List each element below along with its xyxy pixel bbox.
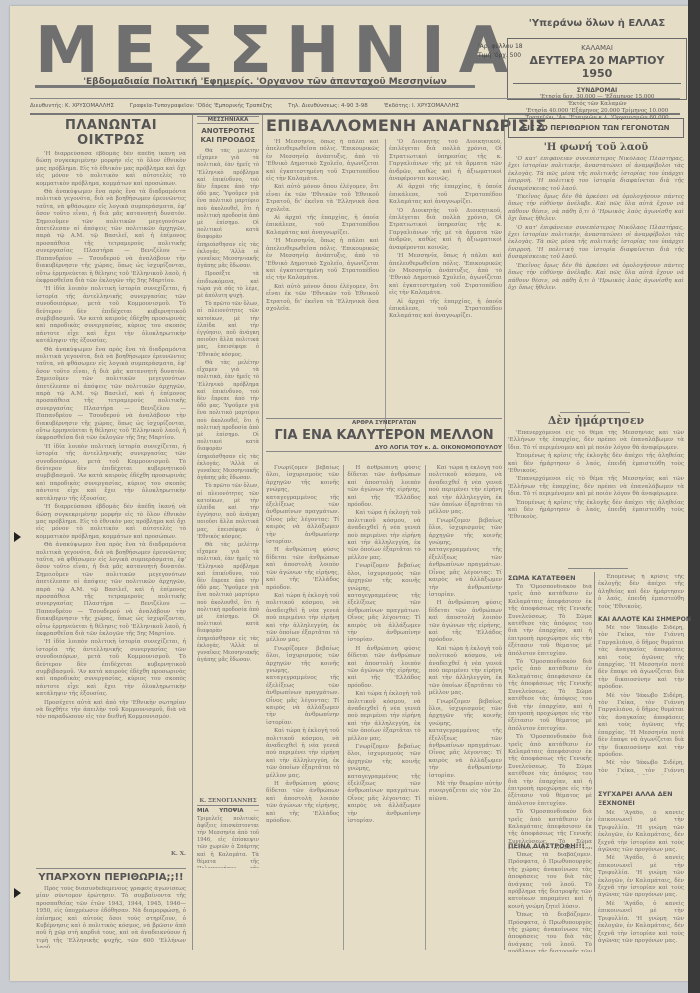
paragraph: Αἱ ἀρχαὶ τῆς ἐπαρχίας, ἡ ὁποία ἐπικάλεσε… xyxy=(266,215,379,237)
paragraph: Θὰ ἀνακύψωμεν ἕνα πρὸς ἕνα τὰ διαδραμόντ… xyxy=(36,189,186,285)
phone: Τηλ. Διευθύνσεως: 4-90 3-98 xyxy=(288,103,368,109)
article-kalytero: ΑΡΘΡΑ ΣΥΝΕΡΓΑΤΩΝ ΓΙΑ ΕΝΑ ΚΑΛΥΤΕΡΟΝ ΜΕΛΛΟ… xyxy=(266,420,502,452)
column-rule xyxy=(262,115,263,585)
paragraph: Μὲ τὸν 'Ιάκωβο Σιδέρη, τὸν Γκίκα, τὸν Γι… xyxy=(598,693,684,760)
paragraph: 'Η διαρρεύσασα έβδομάς δὲν ἀπέδη ἱκανή ν… xyxy=(36,151,186,188)
director: Διευθυντής: Κ. ΧΡΥΣΟΜΑΛΛΗΣ xyxy=(30,103,114,109)
signature: Κ. ΞΕΝΟΓΙΑΝΝΗΣ xyxy=(197,798,259,806)
paragraph: 'Εκεῖνος ὅμως δὲν θὰ ἀρκέσει νὰ ὁμολογήσ… xyxy=(508,194,684,224)
article-perithorio: ΕΙΣ ΤΟ ΠΕΡΙΘΩΡΙΟΝ ΤΩΝ ΓΕΓΟΝΟΤΩΝ 'Η φωνή … xyxy=(508,118,684,366)
paragraph: 'Ο Διοικητὴς τοῦ Διοικητικοῦ, ἐπιλέγεται… xyxy=(389,208,502,252)
office-address: Γραφεῖα-Τυπογραφεῖον: 'Οδός 'Εμπορικής Τ… xyxy=(130,103,273,109)
paragraph: Καὶ τώρα ἡ ἐκλογὴ τοῦ πολιτικοῦ κόσμου, … xyxy=(429,465,502,517)
newspaper-subtitle: 'Εβδομαδιαία Πολιτική 'Εφημερίς. 'Οργανο… xyxy=(55,77,475,87)
headline: ΣΥΓΧΑΡΕΙ ΑΛΛΑ ΔΕΝ ΞΕΧΝΟΝΕΙ xyxy=(598,790,684,808)
paragraph: Γνωρίζομεν βεβαίως ὅλοι, ἰσχυρισμοὺς τῶν… xyxy=(347,563,420,644)
article-body: Ὅπως τὰ διαβάζομεν. Πρόσφατα, ὁ Πρωθυπου… xyxy=(508,852,592,952)
paragraph: 'Επανερχόμενοι εἰς τὸ θέμα τῆς Μεσσηνίας… xyxy=(508,476,684,498)
article-body: Θὰ τὰς μελέτην εἴχαμεν γιὰ τὰ πολιτικὰ, … xyxy=(197,148,259,798)
paragraph: Καὶ τώρα ἡ ἐκλογὴ τοῦ πολιτικοῦ κόσμου, … xyxy=(266,593,339,645)
paragraph: Ὅπως τὰ διαβάζομεν. Πρόσφατα, ὁ Πρωθυπου… xyxy=(508,912,592,952)
paragraph: Θὰ τὰς μελέτην εἴχαμεν γιὰ τὰ πολιτικὰ, … xyxy=(197,148,259,270)
article-yparxoun: ΥΠΑΡΧΟΥΝ ΠΕΡΙΘΩΡΙΑ;;!! Πρὸς τοὺς διασυνδ… xyxy=(36,872,186,948)
paragraph: Αἱ ἀρχαὶ τῆς ἐπαρχίας, ἡ ὁποία ἐπικάλεσε… xyxy=(389,184,502,206)
paragraph: 'Ο Διοικητὴς τοῦ Διοικητικοῦ, ἐπιλέγεται… xyxy=(389,139,502,183)
paragraph: Γνωρίζομεν βεβαίως ὅλοι, ἰσχυρισμοὺς τῶν… xyxy=(429,518,502,599)
paragraph: Καὶ αὐτὸ μόνον ὅπου ἐλέγομεν, ὅτι εἶναι … xyxy=(266,184,379,214)
paragraph: Ἐπομένως ἡ κρίσις τῆς ἐκλογῆς δὲν ἀπέχει… xyxy=(508,453,684,475)
paragraph: Ἐπομένως ἡ κρίσις τῆς ἐκλογῆς δὲν ἀπέχει… xyxy=(598,574,684,611)
paragraph: Μὲ 'Αγάδο, ὁ κανεὶς ἐπικοινωνεῖ μὲ τὴν Τ… xyxy=(598,901,684,945)
paragraph: Μὲ τὸν 'Ιάκωβο Σιδέρη, τὸν Γκίκα, τὸν Γι… xyxy=(598,625,684,692)
paragraph: 'Η ἰδία λοιπὸν πολιτικὴ ἱστορία συνεχίζε… xyxy=(36,444,186,503)
city: ΚΑΛΑΜΑΙ xyxy=(508,44,686,52)
article-body: Ἐπομένως ἡ κρίσις τῆς ἐκλογῆς δὲν ἀπέχει… xyxy=(598,574,684,614)
paragraph: Θὰ τὰς μελέτην εἴχαμεν γιὰ τὰ πολιτικὰ, … xyxy=(197,360,259,482)
column-rule xyxy=(192,115,193,950)
article-body: Τὸ 'Ομοσπονδιακὸν διὰ τρεῖς ἀπὸ κατάθεσι… xyxy=(508,584,592,849)
paragraph: Καὶ τώρα ἡ ἐκλογὴ τοῦ πολιτικοῦ κόσμου, … xyxy=(429,646,502,698)
article-soma: ΣΩΜΑ ΚΑΤΑΤΕΘΕΝ Τὸ 'Ομοσπονδιακὸν διὰ τρε… xyxy=(508,574,592,849)
paragraph: Τὸ 'Ομοσπονδιακὸν διὰ τρεῖς ἀπὸ κατάθεσι… xyxy=(508,584,592,658)
paragraph: 'Η ἰδία λοιπὸν πολιτικὴ ἱστορία συνεχίζε… xyxy=(36,286,186,345)
paragraph: Καὶ τώρα ἡ ἐκλογὴ τοῦ πολιτικοῦ κόσμου, … xyxy=(266,728,339,780)
scan-marker-icon xyxy=(14,532,21,542)
paragraph: Τὸ πρῶτο τῶν ὅλων, αἱ πλειονότητες τῶν κ… xyxy=(197,301,259,359)
paragraph: 'Ο κατ' ἐπιφάνειαν συνεπέστερος Νικόλαος… xyxy=(508,156,684,193)
subscriptions-heading: ΣΥΝΔΡΟΜΑΙ xyxy=(508,87,686,94)
scan-edge xyxy=(688,0,700,993)
headline: ΣΩΜΑ ΚΑΤΑΤΕΘΕΝ xyxy=(508,574,592,582)
date-box: ΚΑΛΑΜΑΙ ΔΕΥΤΕΡΑ 20 ΜΑΡΤΙΟΥ 1950 ΣΥΝΔΡΟΜΑ… xyxy=(507,38,687,100)
article-body: 'Ο κατ' ἐπιφάνειαν συνεπέστερος Νικόλαος… xyxy=(508,156,684,366)
headline: 'Η φωνή τοῦ λαοῦ xyxy=(508,142,684,153)
paragraph: 'Η ἰδία λοιπὸν πολιτικὴ ἱστορία συνεχίζε… xyxy=(36,639,186,698)
paragraph: 'Η Μεσσηνία, ὅπως ἡ πάλαι καὶ ἀπελευθερω… xyxy=(389,253,502,297)
headline: ΚΑΙ ΑΛΛΟΤΕ ΚΑΙ ΣΗΜΕΡΟΝ xyxy=(598,616,684,623)
paragraph: Ἐπομένως ἡ κρίσις τῆς ἐκλογῆς δὲν ἀπέχει… xyxy=(508,500,684,522)
paragraph: Τὸ 'Ομοσπονδιακὸν διὰ τρεῖς ἀπὸ κατάθεσι… xyxy=(508,734,592,808)
article-body: 'Επανερχόμενοι εἰς τὸ θέμα τῆς Μεσσηνίας… xyxy=(508,430,684,558)
article-epivallomeni: ΕΠΙΒΑΛΛΟΜΕΝΗ ΑΝΑΓΝΩΡΙΣΙΣ 'Η Μεσσηνία, ὅπ… xyxy=(266,116,502,429)
paragraph: Θὰ ἀνακύψωμεν ἕνα πρὸς ἕνα τὰ διαδραμόντ… xyxy=(36,347,186,443)
paragraph: Καὶ τώρα ἡ ἐκλογὴ τοῦ πολιτικοῦ κόσμου, … xyxy=(347,510,420,562)
article-body: Γνωρίζομεν βεβαίως ὅλοι, ἰσχυρισμοὺς τῶν… xyxy=(266,465,339,950)
paragraph: 'Ο κατ' ἐπιφάνειαν συνεπέστερος Νικόλαος… xyxy=(508,225,684,262)
paragraph: Τὸ πρῶτο τῶν ὅλων, αἱ πλειονότητες τῶν κ… xyxy=(197,483,259,541)
slogan: 'Υπεράνω ὅλων ἡ ΕΛΛΑΣ xyxy=(512,18,682,29)
publisher: 'Εκδότης: Ι. ΧΡΥΣΟΜΑΛΛΗΣ xyxy=(383,103,459,109)
paragraph: Η ἀνθρώπινη φύσις δίδεται τῶν ἀνθρώπων κ… xyxy=(347,465,420,509)
paragraph: Η ἀνθρώπινη φύσις δίδεται τῶν ἀνθρώπων κ… xyxy=(429,600,502,644)
headline: ΕΠΙΒΑΛΛΟΜΕΝΗ ΑΝΑΓΝΩΡΙΣΙΣ xyxy=(266,116,502,135)
paragraph: Μὲ 'Αγάδο, ὁ κανεὶς ἐπικοινωνεῖ μὲ τὴν Τ… xyxy=(598,855,684,899)
byline: ΔΥΟ ΛΟΓΙΑ ΤΟΥ κ. Δ. ΟΙΚΟΝΟΜΟΠΟΥΛΟΥ xyxy=(266,445,502,452)
paragraph: Μὲ τὴν θεωρίαν αὐτὴν συνεργάζεται εἰς τὸ… xyxy=(429,781,502,803)
paragraph: Γνωρίζομεν βεβαίως ὅλοι, ἰσχυρισμοὺς τῶν… xyxy=(429,699,502,780)
note-text: — Τριμελεῖς πολιτικὲς ἀφίξεις ἐπισκέπτον… xyxy=(197,808,259,868)
article-columns: 'Η Μεσσηνία, ὅπως ἡ πάλαι καὶ ἀπελευθερω… xyxy=(266,139,502,429)
paragraph: 'Επανερχόμενοι εἰς τὸ θέμα τῆς Μεσσηνίας… xyxy=(508,430,684,452)
article-planontai: ΠΛΑΝΩΝΤΑΙ ΟΙΚΤΡΩΣ 'Η διαρρεύσασα έβδομάς… xyxy=(36,118,186,858)
column-rule xyxy=(594,572,595,952)
paragraph: Προσέχετε αὐτὰ καὶ ἀπὸ τὴν 'Εθνικὴν σωτη… xyxy=(36,700,186,722)
paragraph: 'Η Μεσσηνία, ὅπως ἡ πάλαι καὶ ἀπελευθερω… xyxy=(266,139,379,183)
paragraph: Καὶ τώρα ἡ ἐκλογὴ τοῦ πολιτικοῦ κόσμου, … xyxy=(347,691,420,743)
paragraph: Πρὸς τοὺς διασυνδεδεμένους γραφεῖς ἀγωνί… xyxy=(36,886,186,948)
article-body: Καὶ τώρα ἡ ἐκλογὴ τοῦ πολιτικοῦ κόσμου, … xyxy=(425,465,502,950)
note: ΜΙΑ ΥΠΟΨΙΑ — Τριμελεῖς πολιτικὲς ἀφίξεις… xyxy=(197,808,259,868)
article-body: 'Η Μεσσηνία, ὅπως ἡ πάλαι καὶ ἀπελευθερω… xyxy=(266,139,379,429)
paragraph: Θὰ τὰς μελέτην εἴχαμεν γιὰ τὰ πολιτικὰ, … xyxy=(197,542,259,664)
paragraph: 'Η Μεσσηνία, ὅπως ἡ πάλαι καὶ ἀπελευθερω… xyxy=(266,238,379,282)
paragraph: Αἱ ἀρχαὶ τῆς ἐπαρχίας, ἡ ὁποία ἐπικάλεσε… xyxy=(389,299,502,321)
section-box: ΕΙΣ ΤΟ ΠΕΡΙΘΩΡΙΟΝ ΤΩΝ ΓΕΓΟΝΟΤΩΝ xyxy=(508,118,684,138)
column-rule xyxy=(504,115,505,950)
article-body: Πρὸς τοὺς διασυνδεδεμένους γραφεῖς ἀγωνί… xyxy=(36,886,186,948)
info-bar: Διευθυντής: Κ. ΧΡΥΣΟΜΑΛΛΗΣ Γραφεῖα-Τυπογ… xyxy=(30,98,680,115)
divider xyxy=(266,418,502,419)
issue-date: ΔΕΥΤΕΡΑ 20 ΜΑΡΤΙΟΥ 1950 xyxy=(513,54,681,84)
headline: ΥΠΑΡΧΟΥΝ ΠΕΡΙΘΩΡΙΑ;;!! xyxy=(36,872,186,883)
article-messiniaka: ΜΕΣΣΗΝΙΑΚΑ ΑΝΟΤΕΡΟΤΗΣ ΚΑΙ ΠΡΟΟΔΟΣ Θὰ τὰς… xyxy=(197,116,259,868)
article-sygxarei: ΣΥΓΧΑΡΕΙ ΑΛΛΑ ΔΕΝ ΞΕΧΝΟΝΕΙ Μὲ 'Αγάδο, ὁ … xyxy=(598,790,684,945)
paragraph: Γνωρίζομεν βεβαίως ὅλοι, ἰσχυρισμοὺς τῶν… xyxy=(266,465,339,546)
divider xyxy=(36,868,186,869)
article-body: 'Ο Διοικητὴς τοῦ Διοικητικοῦ, ἐπιλέγεται… xyxy=(385,139,502,429)
divider xyxy=(568,568,628,569)
paragraph: Η ἀνθρώπινη φύσις δίδεται τῶν ἀνθρώπων κ… xyxy=(266,781,339,825)
article-body: Μὲ 'Αγάδο, ὁ κανεὶς ἐπικοινωνεῖ μὲ τὴν Τ… xyxy=(598,810,684,945)
headline: ΠΕΙΝΑ ΔΙΑΣΤΡΟΦΗ!!! xyxy=(508,842,592,850)
headline: ΓΙΑ ΕΝΑ ΚΑΛΥΤΕΡΟΝ ΜΕΛΛΟΝ xyxy=(266,428,502,443)
paragraph: Ὅπως τὰ διαβάζομεν. Πρόσφατα, ὁ Πρωθυπου… xyxy=(508,852,592,911)
headline: ΑΝΟΤΕΡΟΤΗΣ ΚΑΙ ΠΡΟΟΔΟΣ xyxy=(197,127,259,145)
section-kicker: ΑΡΘΡΑ ΣΥΝΕΡΓΑΤΩΝ xyxy=(266,420,502,426)
paragraph: Τὸ 'Ομοσπονδιακὸν διὰ τρεῖς ἀπὸ κατάθεσι… xyxy=(508,659,592,733)
paragraph: Προσέξτε τὰ ἐπιδιωκόμενα, καὶ τώρα γιὰ σ… xyxy=(197,271,259,300)
article-body: Η ἀνθρώπινη φύσις δίδεται τῶν ἀνθρώπων κ… xyxy=(343,465,420,950)
headline: ΠΛΑΝΩΝΤΑΙ ΟΙΚΤΡΩΣ xyxy=(36,118,186,148)
section-kicker: ΜΕΣΣΗΝΙΑΚΑ xyxy=(197,116,259,124)
paragraph: Η ἀνθρώπινη φύσις δίδεται τῶν ἀνθρώπων κ… xyxy=(347,646,420,690)
divider xyxy=(560,412,630,413)
article-body: 'Η διαρρεύσασα έβδομάς δὲν ἀπέδη ἱκανή ν… xyxy=(36,151,186,851)
article-pinia: ΠΕΙΝΑ ΔΙΑΣΤΡΟΦΗ!!! Ὅπως τὰ διαβάζομεν. Π… xyxy=(508,842,592,952)
paragraph: Καὶ αὐτὸ μόνον ὅπου ἐλέγομεν, ὅτι εἶναι … xyxy=(266,284,379,314)
paragraph: Γνωρίζομεν βεβαίως ὅλοι, ἰσχυρισμοὺς τῶν… xyxy=(266,646,339,727)
paragraph: 'Εκεῖνος ὅμως δὲν θὰ ἀρκέσει νὰ ὁμολογήσ… xyxy=(508,263,684,293)
article-body: Μὲ τὸν 'Ιάκωβο Σιδέρη, τὸν Γκίκα, τὸν Γι… xyxy=(598,625,684,775)
paragraph: Θὰ ἀνακύψωμεν ἕνα πρὸς ἕνα τὰ διαδραμόντ… xyxy=(36,542,186,638)
paragraph: Μὲ τὸν 'Ιάκωβο Σιδέρη, τὸν Γκίκα, τὸν Γι… xyxy=(598,760,684,775)
paragraph: 'Η διαρρεύσασα έβδομάς δὲν ἀπέδη ἱκανή ν… xyxy=(36,504,186,541)
headline: Δὲν ἡμάρτησεν xyxy=(508,414,684,427)
paragraph: Η ἀνθρώπινη φύσις δίδεται τῶν ἀνθρώπων κ… xyxy=(266,547,339,591)
paragraph: Γνωρίζομεν βεβαίως ὅλοι, ἰσχυρισμοὺς τῶν… xyxy=(347,744,420,825)
article-allote: Ἐπομένως ἡ κρίσις τῆς ἐκλογῆς δὲν ἀπέχει… xyxy=(598,574,684,775)
signature: Κ. Χ. xyxy=(36,851,186,858)
paragraph: Μὲ 'Αγάδο, ὁ κανεὶς ἐπικοινωνεῖ μὲ τὴν Τ… xyxy=(598,810,684,854)
article-den-imartisen: Δὲν ἡμάρτησεν 'Επανερχόμενοι εἰς τὸ θέμα… xyxy=(508,414,684,558)
article-kalytero-columns: Γνωρίζομεν βεβαίως ὅλοι, ἰσχυρισμοὺς τῶν… xyxy=(266,465,502,950)
note-heading: ΜΙΑ ΥΠΟΨΙΑ xyxy=(197,808,244,814)
newspaper-title: ΜΕΣΣΗΝΙΑ xyxy=(35,18,475,84)
scan-marker-icon xyxy=(14,888,21,898)
